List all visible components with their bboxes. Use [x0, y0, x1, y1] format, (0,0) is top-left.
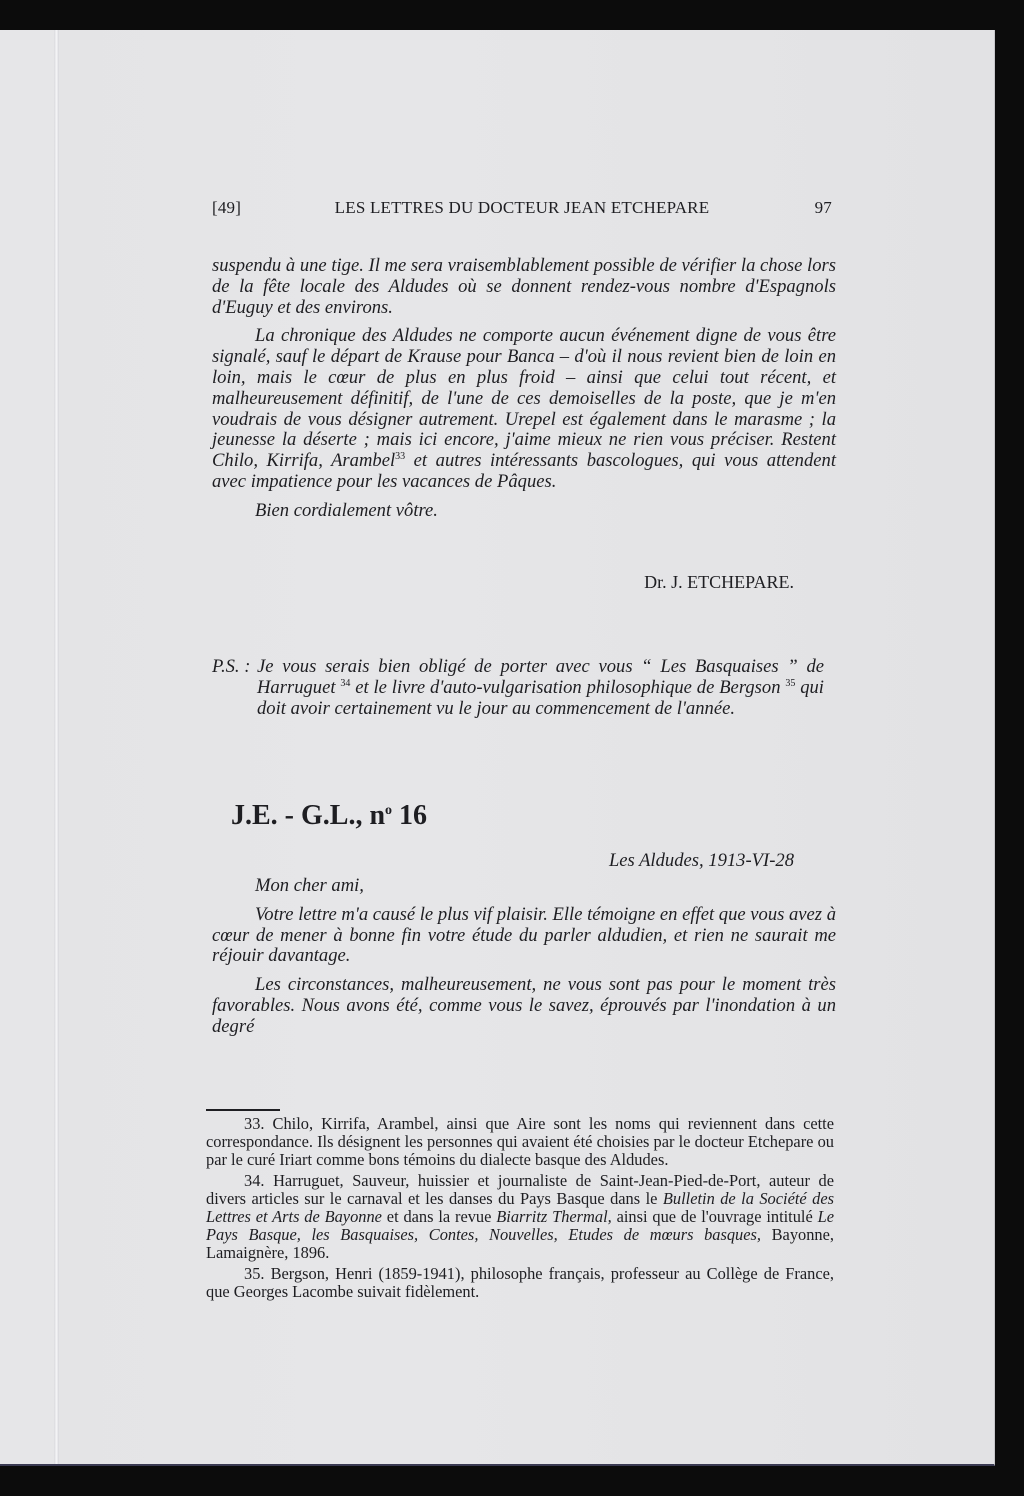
footnote-35: 35. Bergson, Henri (1859-1941), philosop…: [206, 1265, 834, 1301]
footnote-ref-35[interactable]: 35: [785, 678, 795, 689]
ps-label: P.S. :: [212, 657, 250, 678]
closing: Bien cordialement vôtre.: [212, 501, 836, 522]
salutation: Mon cher ami,: [212, 876, 836, 897]
footnote-34: 34. Harruguet, Sauveur, huissier et jour…: [206, 1172, 834, 1261]
facing-page-edge: [0, 30, 54, 1464]
postscript: P.S. : Je vous serais bien obligé de por…: [212, 657, 824, 719]
running-header: [49] LES LETTRES DU DOCTEUR JEAN ETCHEPA…: [212, 198, 832, 222]
running-title: LES LETTRES DU DOCTEUR JEAN ETCHEPARE: [212, 198, 832, 218]
footnote-rule: [206, 1109, 280, 1111]
ps-text: Je vous serais bien obligé de porter ave…: [257, 657, 824, 719]
book-spine-fold: [54, 30, 59, 1464]
signature: Dr. J. ETCHEPARE.: [644, 572, 794, 593]
page-number: 97: [815, 198, 832, 218]
paragraph: Votre lettre m'a causé le plus vif plais…: [212, 905, 836, 967]
paragraph: suspendu à une tige. Il me sera vraisemb…: [212, 256, 836, 318]
letter-16-body: Mon cher ami, Votre lettre m'a causé le …: [212, 876, 836, 1038]
footnote-ref-34[interactable]: 34: [340, 678, 350, 689]
footnote-ref-33[interactable]: 33: [395, 451, 405, 462]
letter-heading: J.E. - G.L., no 16: [231, 800, 427, 832]
paragraph: La chronique des Aldudes ne comporte auc…: [212, 326, 836, 492]
book-page: [49] LES LETTRES DU DOCTEUR JEAN ETCHEPA…: [0, 30, 995, 1466]
footnotes: 33. Chilo, Kirrifa, Arambel, ainsi que A…: [206, 1115, 834, 1305]
paragraph: Les circonstances, malheureusement, ne v…: [212, 975, 836, 1037]
footnote-33: 33. Chilo, Kirrifa, Arambel, ainsi que A…: [206, 1115, 834, 1168]
letter-15-ending: suspendu à une tige. Il me sera vraisemb…: [212, 256, 836, 522]
letter-date-place: Les Aldudes, 1913-VI-28: [609, 850, 794, 872]
